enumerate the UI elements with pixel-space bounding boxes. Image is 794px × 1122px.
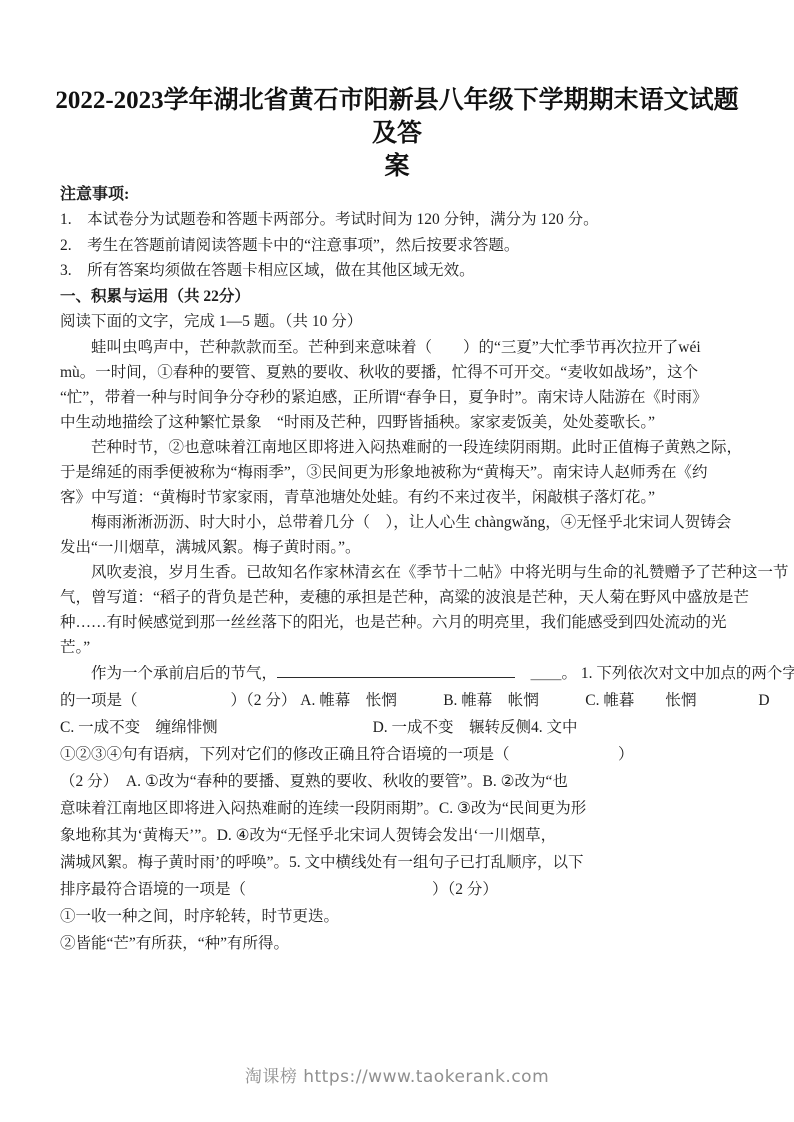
question-fill-blank-line: 作为一个承前启后的节气， ＿＿。 1. 下列依次对文中加点的两个字 bbox=[60, 660, 794, 687]
answer-blank-line bbox=[277, 663, 515, 678]
notice-item-1: 1. 本试卷分为试题卷和答题卡两部分。考试时间为 120 分钟，满分为 120 … bbox=[60, 207, 794, 233]
passage-paragraph-3: 梅雨淅淅沥沥、时大时小，总带着几分（ ），让人心生 chàngwǎng，④无怪乎… bbox=[60, 510, 794, 560]
notice-heading: 注意事项: bbox=[60, 183, 794, 207]
question-3-options: C. 一成不变 缠绵悱恻 D. 一成不变 辗转反侧4. 文中 bbox=[60, 714, 794, 741]
exam-document-page: 2022-2023学年湖北省黄石市阳新县八年级下学期期末语文试题及答 案 注意事… bbox=[0, 0, 794, 1122]
notice-item-2: 2. 考生在答题前请阅读答题卡中的“注意事项”，然后按要求答题。 bbox=[60, 233, 794, 259]
notice-item-3: 3. 所有答案均须做在答题卡相应区域，做在其他区域无效。 bbox=[60, 258, 794, 284]
lead-in-text: 作为一个承前启后的节气， bbox=[60, 665, 277, 682]
footer-watermark: 淘课榜 https://www.taokerank.com bbox=[0, 1062, 794, 1087]
question-1-options: 的一项是（ ）（2 分） A. 帷幕 怅惘 B. 帷幕 帐惘 C. 帷暮 怅惘 … bbox=[60, 687, 794, 714]
section-intro: 阅读下面的文字，完成 1—5 题。（共 10 分） bbox=[60, 309, 794, 335]
document-title: 2022-2023学年湖北省黄石市阳新县八年级下学期期末语文试题及答 案 bbox=[46, 84, 748, 183]
section-heading: 一、积累与运用（共 22分） bbox=[60, 284, 794, 310]
questions-4-5-block: ①②③④句有语病，下列对它们的修改正确且符合语境的一项是（ ） （2 分） A.… bbox=[60, 741, 794, 957]
passage-paragraph-2: 芒种时节，②也意味着江南地区即将进入闷热难耐的一段连续阴雨期。此时正值梅子黄熟之… bbox=[60, 435, 794, 510]
passage-paragraph-1: 蛙叫虫鸣声中，芒种款款而至。芒种到来意味着（ ）的“三夏”大忙季节再次拉开了wé… bbox=[60, 335, 794, 435]
question-1-stem: ＿＿。 1. 下列依次对文中加点的两个字 bbox=[515, 665, 794, 682]
passage-paragraph-4: 风吹麦浪，岁月生香。已故知名作家林清玄在《季节十二帖》中将光明与生命的礼赞赠予了… bbox=[60, 560, 794, 660]
footer-site-text: 淘课榜 https://www.taokerank.com bbox=[245, 1067, 549, 1087]
